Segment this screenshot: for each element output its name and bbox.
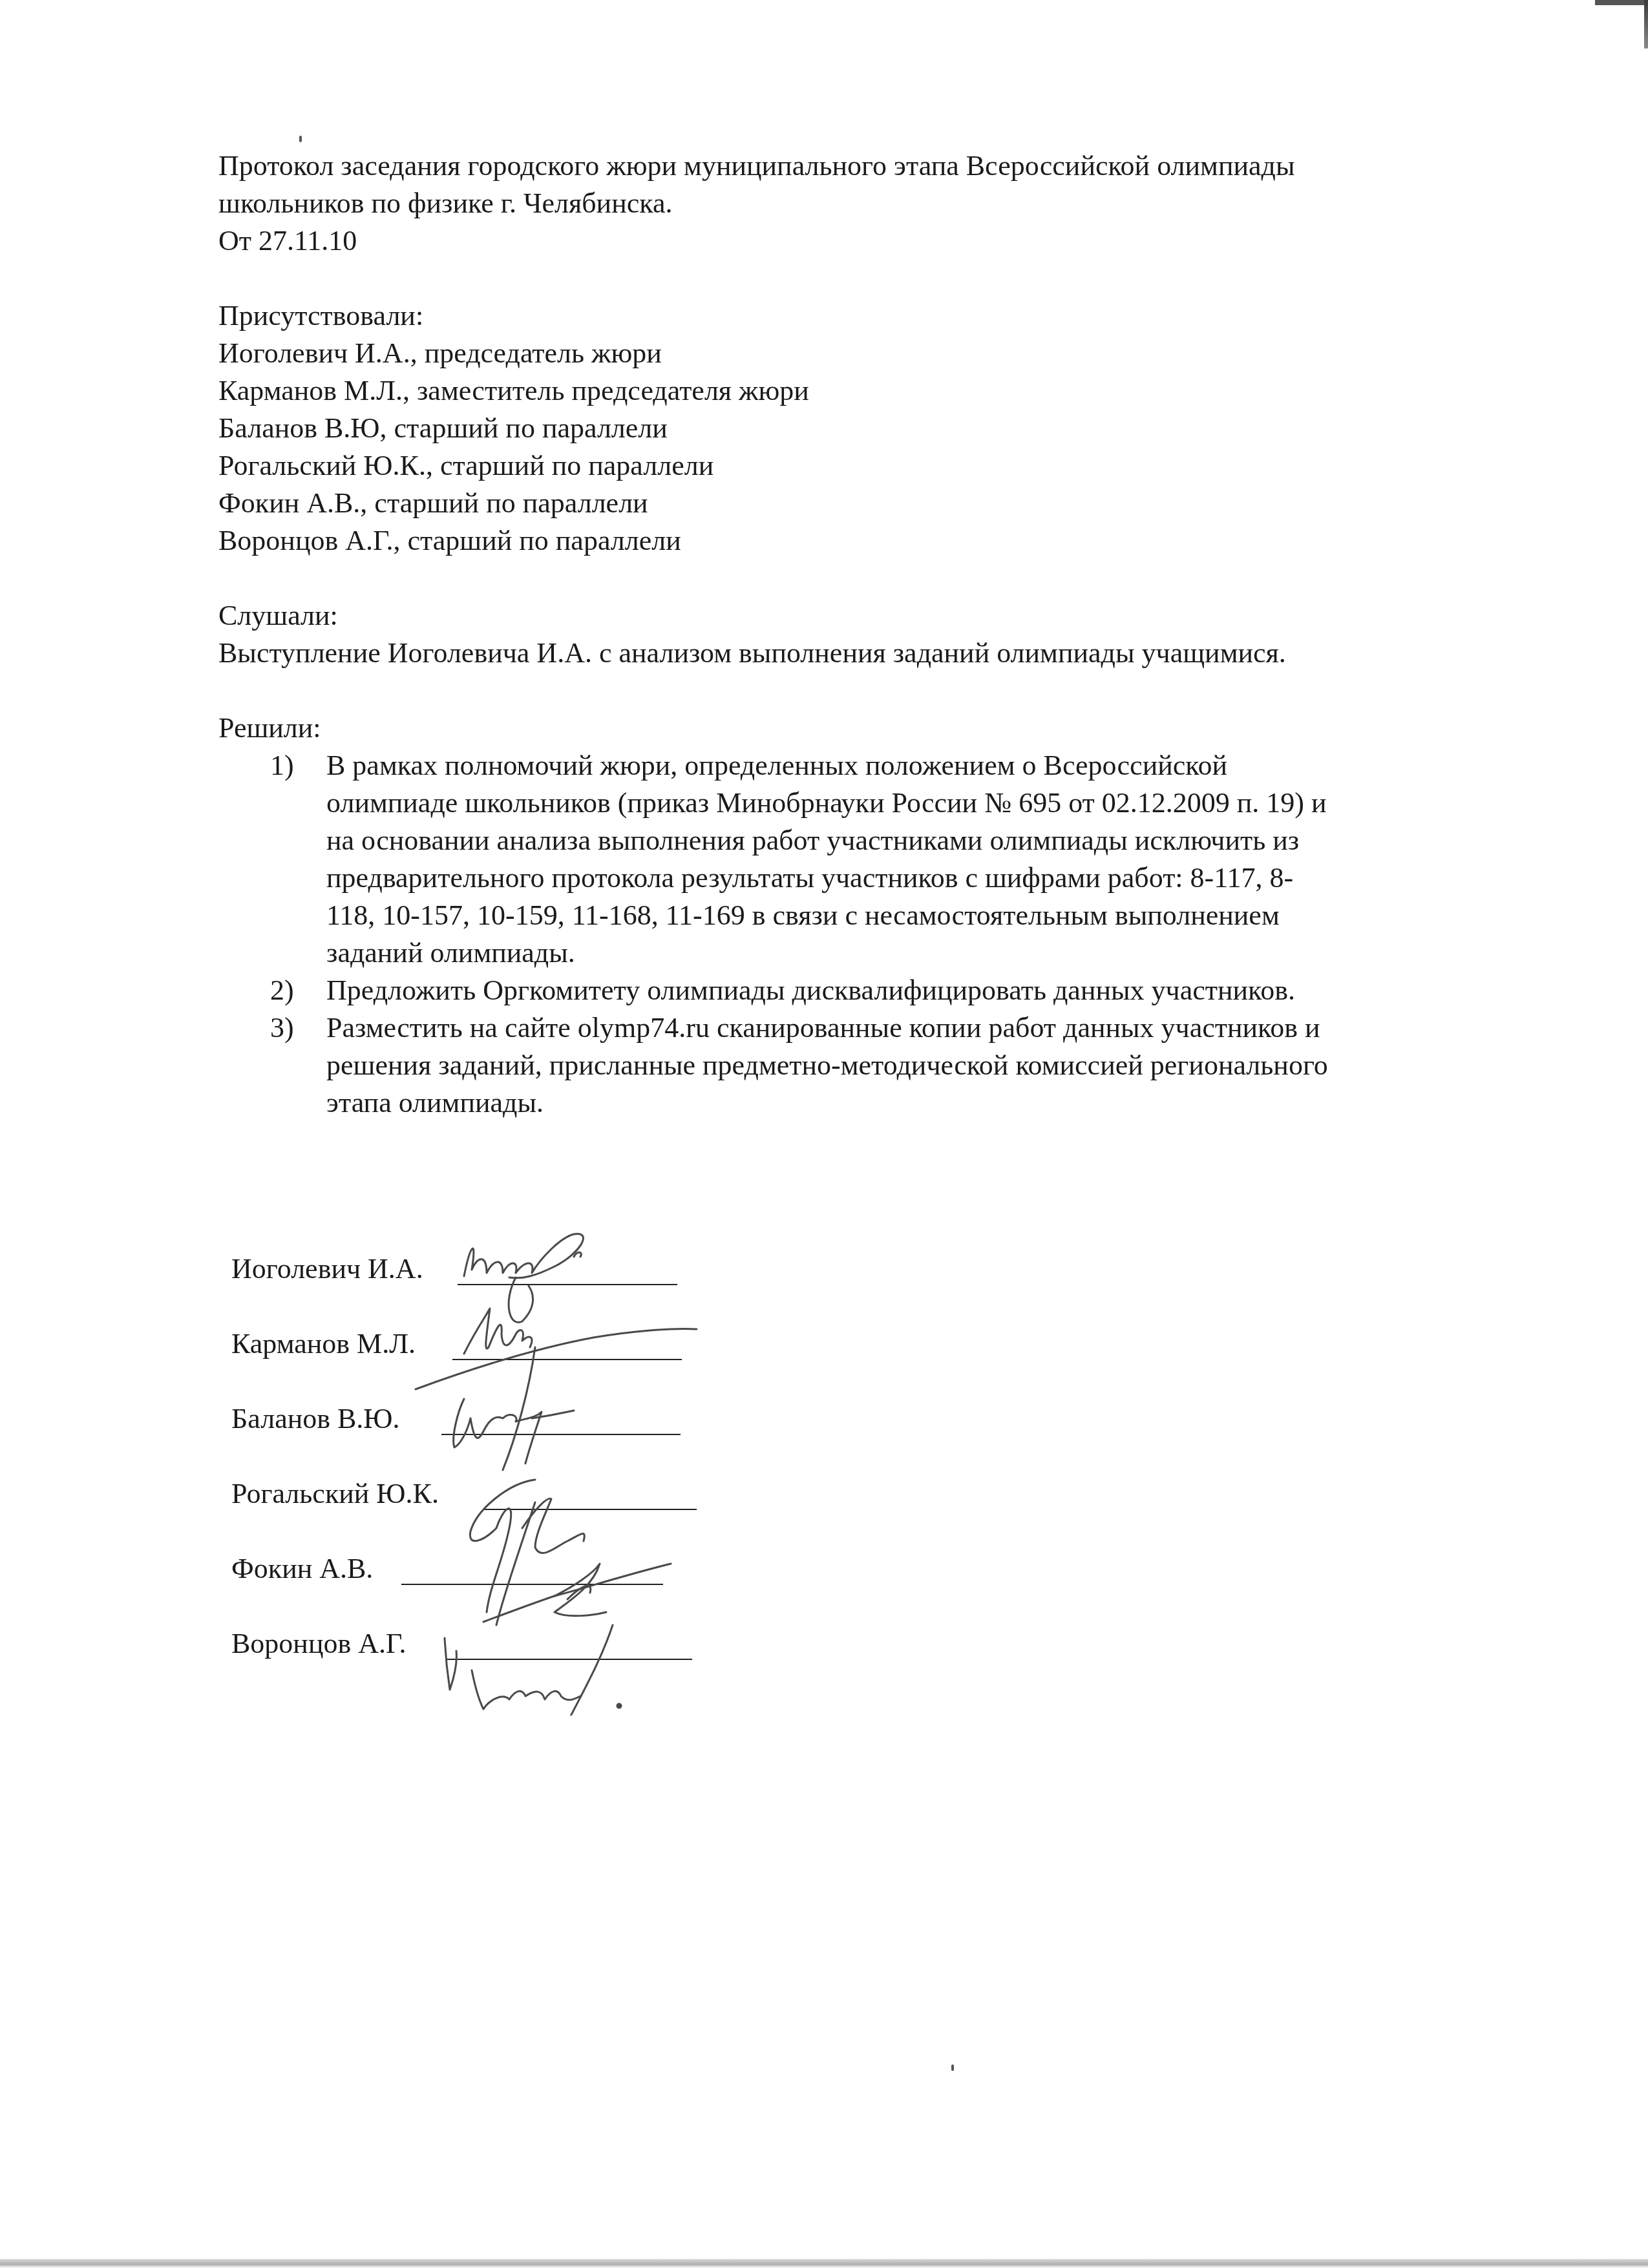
decision-item: 2) Предложить Оргкомитету олимпиады диск…	[218, 972, 1511, 1009]
signatory-name: Рогальский Ю.К.	[231, 1477, 439, 1510]
signature-row: Воронцов А.Г.	[231, 1599, 813, 1674]
decided-section: Решили: 1) В рамках полномочий жюри, опр…	[218, 709, 1511, 1122]
signatory-name: Воронцов А.Г.	[231, 1627, 406, 1660]
scan-edge-artifact	[1644, 0, 1648, 48]
protocol-document: Протокол заседания городского жюри муниц…	[218, 147, 1511, 1122]
signatory-name: Карманов М.Л.	[231, 1327, 416, 1360]
attendee: Фокин А.В., старший по параллели	[218, 485, 1511, 522]
decision-number: 2)	[270, 972, 294, 1009]
attendee: Иоголевич И.А., председатель жюри	[218, 335, 1511, 372]
heard-heading: Слушали:	[218, 597, 1511, 635]
scan-edge-artifact	[1595, 0, 1648, 5]
attendee: Рогальский Ю.К., старший по параллели	[218, 447, 1511, 485]
signature-line	[458, 1284, 677, 1285]
decision-line: на основании анализа выполнения работ уч…	[326, 822, 1511, 859]
scan-speck	[951, 2064, 954, 2071]
scan-speck	[299, 136, 302, 142]
signature-line	[483, 1509, 697, 1510]
attendee: Баланов В.Ю, старший по параллели	[218, 410, 1511, 447]
decision-number: 3)	[270, 1009, 294, 1047]
document-date: От 27.11.10	[218, 222, 1511, 260]
decision-line: этапа олимпиады.	[326, 1084, 1511, 1122]
decision-number: 1)	[270, 747, 294, 784]
scan-edge-artifact	[0, 2259, 1648, 2268]
signature-line	[452, 1359, 682, 1360]
attended-section: Присутствовали: Иоголевич И.А., председа…	[218, 297, 1511, 560]
signature-row: Баланов В.Ю.	[231, 1374, 813, 1449]
decision-line: олимпиаде школьников (приказ Минобрнауки…	[326, 784, 1511, 822]
attended-heading: Присутствовали:	[218, 297, 1511, 335]
decision-item: 1) В рамках полномочий жюри, определенны…	[218, 747, 1511, 972]
attendee: Карманов М.Л., заместитель председателя …	[218, 372, 1511, 410]
decision-line: В рамках полномочий жюри, определенных п…	[326, 747, 1511, 784]
document-title-line: школьников по физике г. Челябинска.	[218, 185, 1511, 222]
signatory-name: Иоголевич И.А.	[231, 1252, 423, 1285]
decision-line: решения заданий, присланные предметно-ме…	[326, 1047, 1511, 1084]
decision-line: заданий олимпиады.	[326, 934, 1511, 972]
signatory-name: Фокин А.В.	[231, 1552, 373, 1585]
signature-row: Карманов М.Л.	[231, 1299, 813, 1374]
decision-line: Разместить на сайте olymp74.ru сканирова…	[326, 1009, 1511, 1047]
signature-line	[441, 1434, 681, 1435]
decided-heading: Решили:	[218, 709, 1511, 747]
decision-line: предварительного протокола результаты уч…	[326, 859, 1511, 897]
document-title-line: Протокол заседания городского жюри муниц…	[218, 147, 1511, 185]
signature-row: Фокин А.В.	[231, 1524, 813, 1599]
signature-line	[447, 1659, 692, 1660]
heard-section: Слушали: Выступление Иоголевича И.А. с а…	[218, 597, 1511, 672]
decision-list: 1) В рамках полномочий жюри, определенны…	[218, 747, 1511, 1122]
heard-text: Выступление Иоголевича И.А. с анализом в…	[218, 635, 1511, 672]
signature-block: Иоголевич И.А. Карманов М.Л. Баланов В.Ю…	[231, 1224, 813, 1674]
attendee: Воронцов А.Г., старший по параллели	[218, 522, 1511, 560]
signature-line	[401, 1584, 663, 1585]
decision-line: 118, 10-157, 10-159, 11-168, 11-169 в св…	[326, 897, 1511, 934]
signature-row: Иоголевич И.А.	[231, 1224, 813, 1299]
decision-item: 3) Разместить на сайте olymp74.ru сканир…	[218, 1009, 1511, 1122]
signature-row: Рогальский Ю.К.	[231, 1449, 813, 1524]
decision-line: Предложить Оргкомитету олимпиады дисквал…	[326, 972, 1511, 1009]
signatory-name: Баланов В.Ю.	[231, 1402, 400, 1435]
